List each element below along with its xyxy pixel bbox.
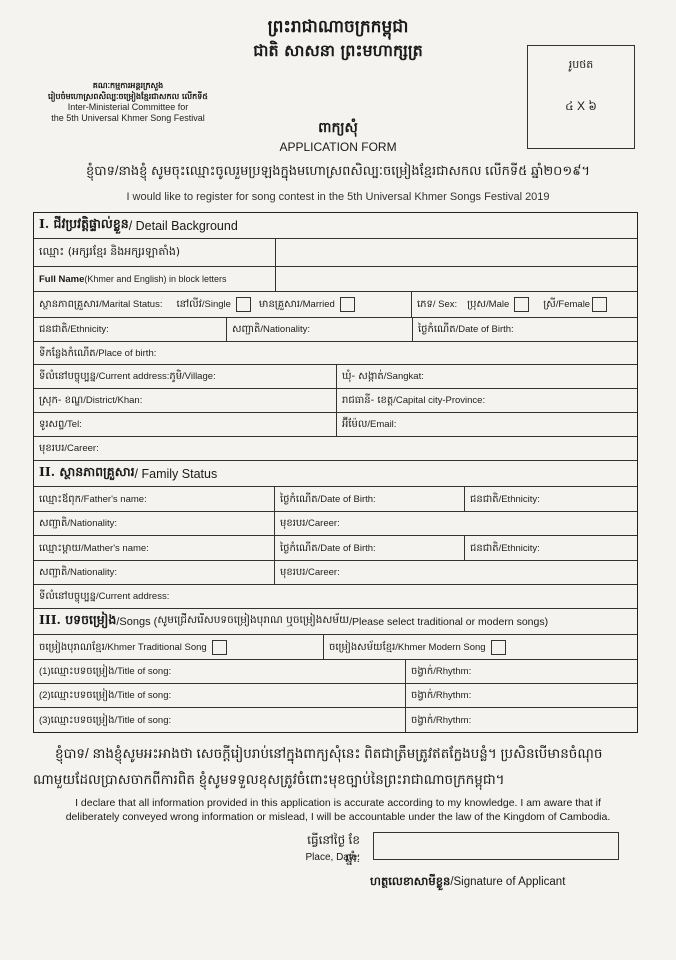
single-label-kh: នៅលីវ — [176, 297, 201, 312]
song-2-rhythm-field[interactable]: ចង្វាក់ /Rhythm: — [406, 684, 637, 707]
declaration-kh-line1: ខ្ញុំបាទ/ នាងខ្ញុំសូមអះអាងថា សេចក្តីរៀបរ… — [55, 745, 655, 765]
application-form-table: I. ជីវប្រវត្តិផ្ទាល់ខ្លួន / Detail Backg… — [33, 212, 638, 733]
signature-label-en: /Signature of Applicant — [450, 876, 565, 888]
family-address-field[interactable]: ទីលំនៅបច្ចុប្បន្ន /Current address: — [34, 585, 637, 608]
song-row-1: (1)ឈ្មោះបទចម្រៀង /Title of song: ចង្វាក់… — [34, 660, 637, 684]
song-1-rhythm-field[interactable]: ចង្វាក់ /Rhythm: — [406, 660, 637, 683]
district-field[interactable]: ស្រុក- ខណ្ឌ /District/Khan: — [34, 389, 337, 412]
committee-kh-line1: គណៈកម្មការអន្តរក្រសួង — [8, 80, 248, 91]
signature-label-kh: ហត្ថលេខាសាមីខ្លួន — [370, 874, 450, 888]
father-nationality-field[interactable]: សញ្ជាតិ /Nationality: — [34, 512, 275, 535]
form-title-en: APPLICATION FORM — [0, 140, 676, 154]
married-label-en: /Married — [300, 299, 335, 310]
full-name-field[interactable] — [276, 267, 637, 291]
father-name-field[interactable]: ឈ្មោះឪពុក /Father's name: — [34, 487, 275, 511]
section-2-header: II. ស្ថានភាពគ្រួសារ / Family Status — [34, 461, 637, 487]
modern-label-en: /Khmer Modern Song — [395, 642, 485, 653]
mother-nationality-row: សញ្ជាតិ /Nationality: មុខរបរ /Career: — [34, 561, 637, 585]
father-nationality-row: សញ្ជាតិ /Nationality: មុខរបរ /Career: — [34, 512, 637, 536]
ethnicity-field[interactable]: ជនជាតិ /Ethnicity: — [34, 318, 227, 341]
father-career-field[interactable]: មុខរបរ /Career: — [275, 512, 637, 535]
father-row: ឈ្មោះឪពុក /Father's name: ថ្ងៃកំណើត /Dat… — [34, 487, 637, 512]
traditional-label-en: /Khmer Traditional Song — [105, 642, 207, 653]
traditional-song-checkbox[interactable] — [212, 640, 227, 655]
married-checkbox[interactable] — [340, 297, 355, 312]
section-3-title-kh: III. បទចម្រៀង — [39, 612, 116, 631]
signature-label: ហត្ថលេខាសាមីខ្លួន/Signature of Applicant — [370, 874, 640, 891]
mother-row: ឈ្មោះម្តាយ /Mather's name: ថ្ងៃកំណើត /Da… — [34, 536, 637, 561]
place-of-birth-row: ទីកន្លែងកំណើត /Place of birth: — [34, 342, 637, 365]
place-date-field[interactable] — [373, 832, 619, 860]
contact-row: ទូរសព្ទ /Tel: អ៊ីម៉ែល /Email: — [34, 413, 637, 437]
career-row: មុខរបរ /Career: — [34, 437, 637, 461]
declaration-en-line1: I declare that all information provided … — [0, 797, 676, 809]
committee-kh-line2: រៀបចំមហោស្រពសិល្បៈចម្រៀងខ្មែរជាសកល លើកទី… — [8, 91, 248, 102]
male-label-en: /Male — [486, 299, 509, 310]
mother-dob-field[interactable]: ថ្ងៃកំណើត /Date of Birth: — [275, 536, 465, 560]
career-field[interactable]: មុខរបរ /Career: — [34, 437, 637, 460]
marital-sex-row: ស្ថានភាពគ្រួសារ /Marital Status: នៅលីវ/S… — [34, 292, 637, 318]
full-name-label: Full Name (Khmer and English) in block l… — [34, 267, 276, 291]
full-name-row: Full Name (Khmer and English) in block l… — [34, 267, 637, 292]
village-field[interactable]: ទីលំនៅបច្ចុប្បន្ន /Current address: ភូមិ… — [34, 365, 337, 388]
song-row-2: (2)ឈ្មោះបទចម្រៀង /Title of song: ចង្វាក់… — [34, 684, 637, 708]
section-3-select-kh: សូមជ្រើសរើសបទចម្រៀងបុរាណ ឬចម្រៀងសម័យ — [157, 614, 349, 629]
section-1-title-en: / Detail Background — [129, 219, 238, 233]
female-checkbox[interactable] — [592, 297, 607, 312]
committee-en-line1: Inter-Ministerial Committee for — [8, 102, 248, 113]
male-label-kh: ប្រុស — [467, 297, 486, 312]
mother-ethnicity-field[interactable]: ជនជាតិ /Ethnicity: — [465, 536, 637, 560]
female-label-kh: ស្រី — [543, 297, 556, 312]
father-dob-field[interactable]: ថ្ងៃកំណើត /Date of Birth: — [275, 487, 465, 511]
address-row: ទីលំនៅបច្ចុប្បន្ន /Current address: ភូមិ… — [34, 365, 637, 389]
mother-career-field[interactable]: មុខរបរ /Career: — [275, 561, 637, 584]
song-3-title-field[interactable]: (3)ឈ្មោះបទចម្រៀង /Title of song: — [34, 708, 406, 732]
place-date-label-en: Place, Date: — [290, 852, 360, 863]
full-name-bold: Full Name — [39, 274, 84, 285]
mother-name-field[interactable]: ឈ្មោះម្តាយ /Mather's name: — [34, 536, 275, 560]
name-kh-label: ឈ្មោះ (អក្សរខ្មែរ និងអក្សរឡាតាំង) — [34, 239, 276, 266]
nationality-field[interactable]: សញ្ជាតិ /Nationality: — [227, 318, 413, 341]
female-label-en: /Female — [556, 299, 590, 310]
name-kh-field[interactable] — [276, 239, 637, 266]
single-checkbox[interactable] — [236, 297, 251, 312]
section-3-select-en: /Please select traditional or modern son… — [349, 616, 548, 628]
tel-field[interactable]: ទូរសព្ទ /Tel: — [34, 413, 337, 436]
song-2-title-field[interactable]: (2)ឈ្មោះបទចម្រៀង /Title of song: — [34, 684, 406, 707]
single-label-en: /Single — [202, 299, 231, 310]
photo-size: ៤ X ៦ — [528, 98, 634, 116]
place-of-birth-field[interactable]: ទីកន្លែងកំណើត /Place of birth: — [34, 342, 637, 364]
mother-nationality-field[interactable]: សញ្ជាតិ /Nationality: — [34, 561, 275, 584]
ethnicity-row: ជនជាតិ /Ethnicity: សញ្ជាតិ /Nationality:… — [34, 318, 637, 342]
father-ethnicity-field[interactable]: ជនជាតិ /Ethnicity: — [465, 487, 637, 511]
sex-label-en: / Sex: — [433, 299, 457, 310]
email-field[interactable]: អ៊ីម៉ែល /Email: — [337, 413, 637, 436]
family-address-row: ទីលំនៅបច្ចុប្បន្ន /Current address: — [34, 585, 637, 609]
name-kh-row: ឈ្មោះ (អក្សរខ្មែរ និងអក្សរឡាតាំង) — [34, 239, 637, 267]
kingdom-title: ព្រះរាជាណាចក្រកម្ពុជា — [0, 16, 676, 41]
marital-label-en: /Marital Status: — [99, 299, 162, 310]
section-2-title-en: / Family Status — [135, 467, 218, 481]
full-name-rest: (Khmer and English) in block letters — [84, 274, 226, 284]
declaration-en-line2: deliberately conveyed wrong information … — [0, 811, 676, 823]
form-title-kh: ពាក្យសុំ — [0, 118, 676, 139]
song-1-title-field[interactable]: (1)ឈ្មោះបទចម្រៀង /Title of song: — [34, 660, 406, 683]
song-row-3: (3)ឈ្មោះបទចម្រៀង /Title of song: ចង្វាក់… — [34, 708, 637, 732]
section-1-title-kh: I. ជីវប្រវត្តិផ្ទាល់ខ្លួន — [39, 216, 129, 235]
marital-label-kh: ស្ថានភាពគ្រួសារ — [39, 297, 99, 312]
male-checkbox[interactable] — [514, 297, 529, 312]
intro-en: I would like to register for song contes… — [0, 191, 676, 203]
modern-label-kh: ចម្រៀងសម័យខ្មែរ — [329, 640, 395, 655]
district-row: ស្រុក- ខណ្ឌ /District/Khan: រាជធានី- ខេត… — [34, 389, 637, 413]
sex-label-kh: ភេទ — [417, 297, 433, 312]
traditional-label-kh: ចម្រៀងបុរាណខ្មែរ — [39, 640, 105, 655]
province-field[interactable]: រាជធានី- ខេត្ត /Capital city-Province: — [337, 389, 637, 412]
section-2-title-kh: II. ស្ថានភាពគ្រួសារ — [39, 464, 135, 483]
modern-song-checkbox[interactable] — [491, 640, 506, 655]
section-1-header: I. ជីវប្រវត្តិផ្ទាល់ខ្លួន / Detail Backg… — [34, 213, 637, 239]
dob-field[interactable]: ថ្ងៃកំណើត /Date of Birth: — [413, 318, 637, 341]
declaration-kh-line2: ណាមួយដែលប្រាសចាកពីការពិត ខ្ញុំសូមទទួលខុស… — [33, 771, 643, 791]
song-type-row: ចម្រៀងបុរាណខ្មែរ /Khmer Traditional Song… — [34, 635, 637, 660]
photo-label: រូបថត — [528, 58, 634, 74]
section-3-header: III. បទចម្រៀង /Songs (សូមជ្រើសរើសបទចម្រៀ… — [34, 609, 637, 635]
intro-kh: ខ្ញុំបាទ/នាងខ្ញុំ សូមចុះឈ្មោះចូលរួមប្រឡង… — [0, 163, 676, 182]
song-3-rhythm-field[interactable]: ចង្វាក់ /Rhythm: — [406, 708, 637, 732]
section-3-title-en: /Songs ( — [116, 616, 157, 628]
sangkat-field[interactable]: ឃុំ- សង្កាត់ /Sangkat: — [337, 365, 637, 388]
married-label-kh: មានគ្រួសារ — [259, 297, 300, 312]
